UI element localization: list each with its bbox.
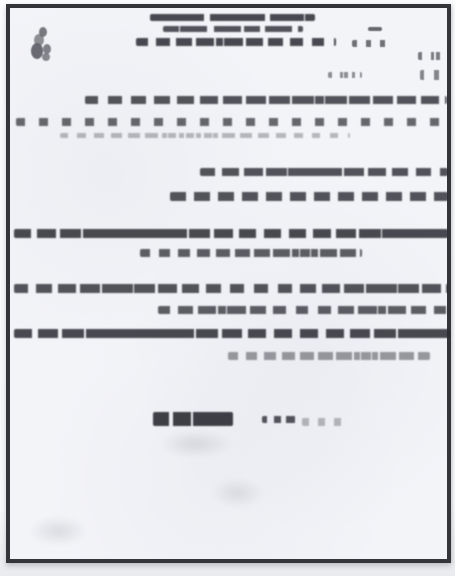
- signature-tail: [302, 418, 350, 426]
- paragraph-4-line-2: [158, 306, 448, 314]
- header-line-2: [163, 26, 303, 32]
- paragraph-1-line-1: [85, 96, 447, 104]
- signature-dots: [262, 416, 296, 423]
- header-right-marks: [352, 40, 392, 47]
- paragraph-2-line-1: [200, 168, 448, 176]
- header-right-dots: [418, 52, 444, 60]
- paragraph-3-line-2: [140, 249, 362, 257]
- emblem-logo: [28, 24, 56, 64]
- document-page: [6, 4, 451, 563]
- paragraph-4-line-4: [228, 352, 430, 360]
- header-line-3: [136, 38, 336, 46]
- paragraph-3-line-1: [14, 229, 448, 238]
- paragraph-2-line-2: [170, 192, 448, 201]
- stamp-smudge: [158, 430, 233, 458]
- scanned-document: Scanned letter; all text is illegible fa…: [0, 0, 455, 576]
- center-smudge: [210, 478, 265, 508]
- paragraph-4-line-3: [14, 329, 450, 338]
- margin-specks-1: [328, 72, 362, 78]
- signature-line: [153, 412, 233, 426]
- paragraph-4-line-1: [14, 284, 448, 293]
- margin-specks-2: [420, 70, 442, 80]
- bottom-left-smudge: [28, 516, 88, 546]
- paragraph-1-line-3: [60, 133, 350, 138]
- header-line-1: [150, 14, 315, 21]
- paragraph-1-line-2: [16, 118, 446, 126]
- content-note: Scanned letter; all text is illegible fa…: [0, 0, 1, 1]
- header-right-dash: [368, 27, 382, 31]
